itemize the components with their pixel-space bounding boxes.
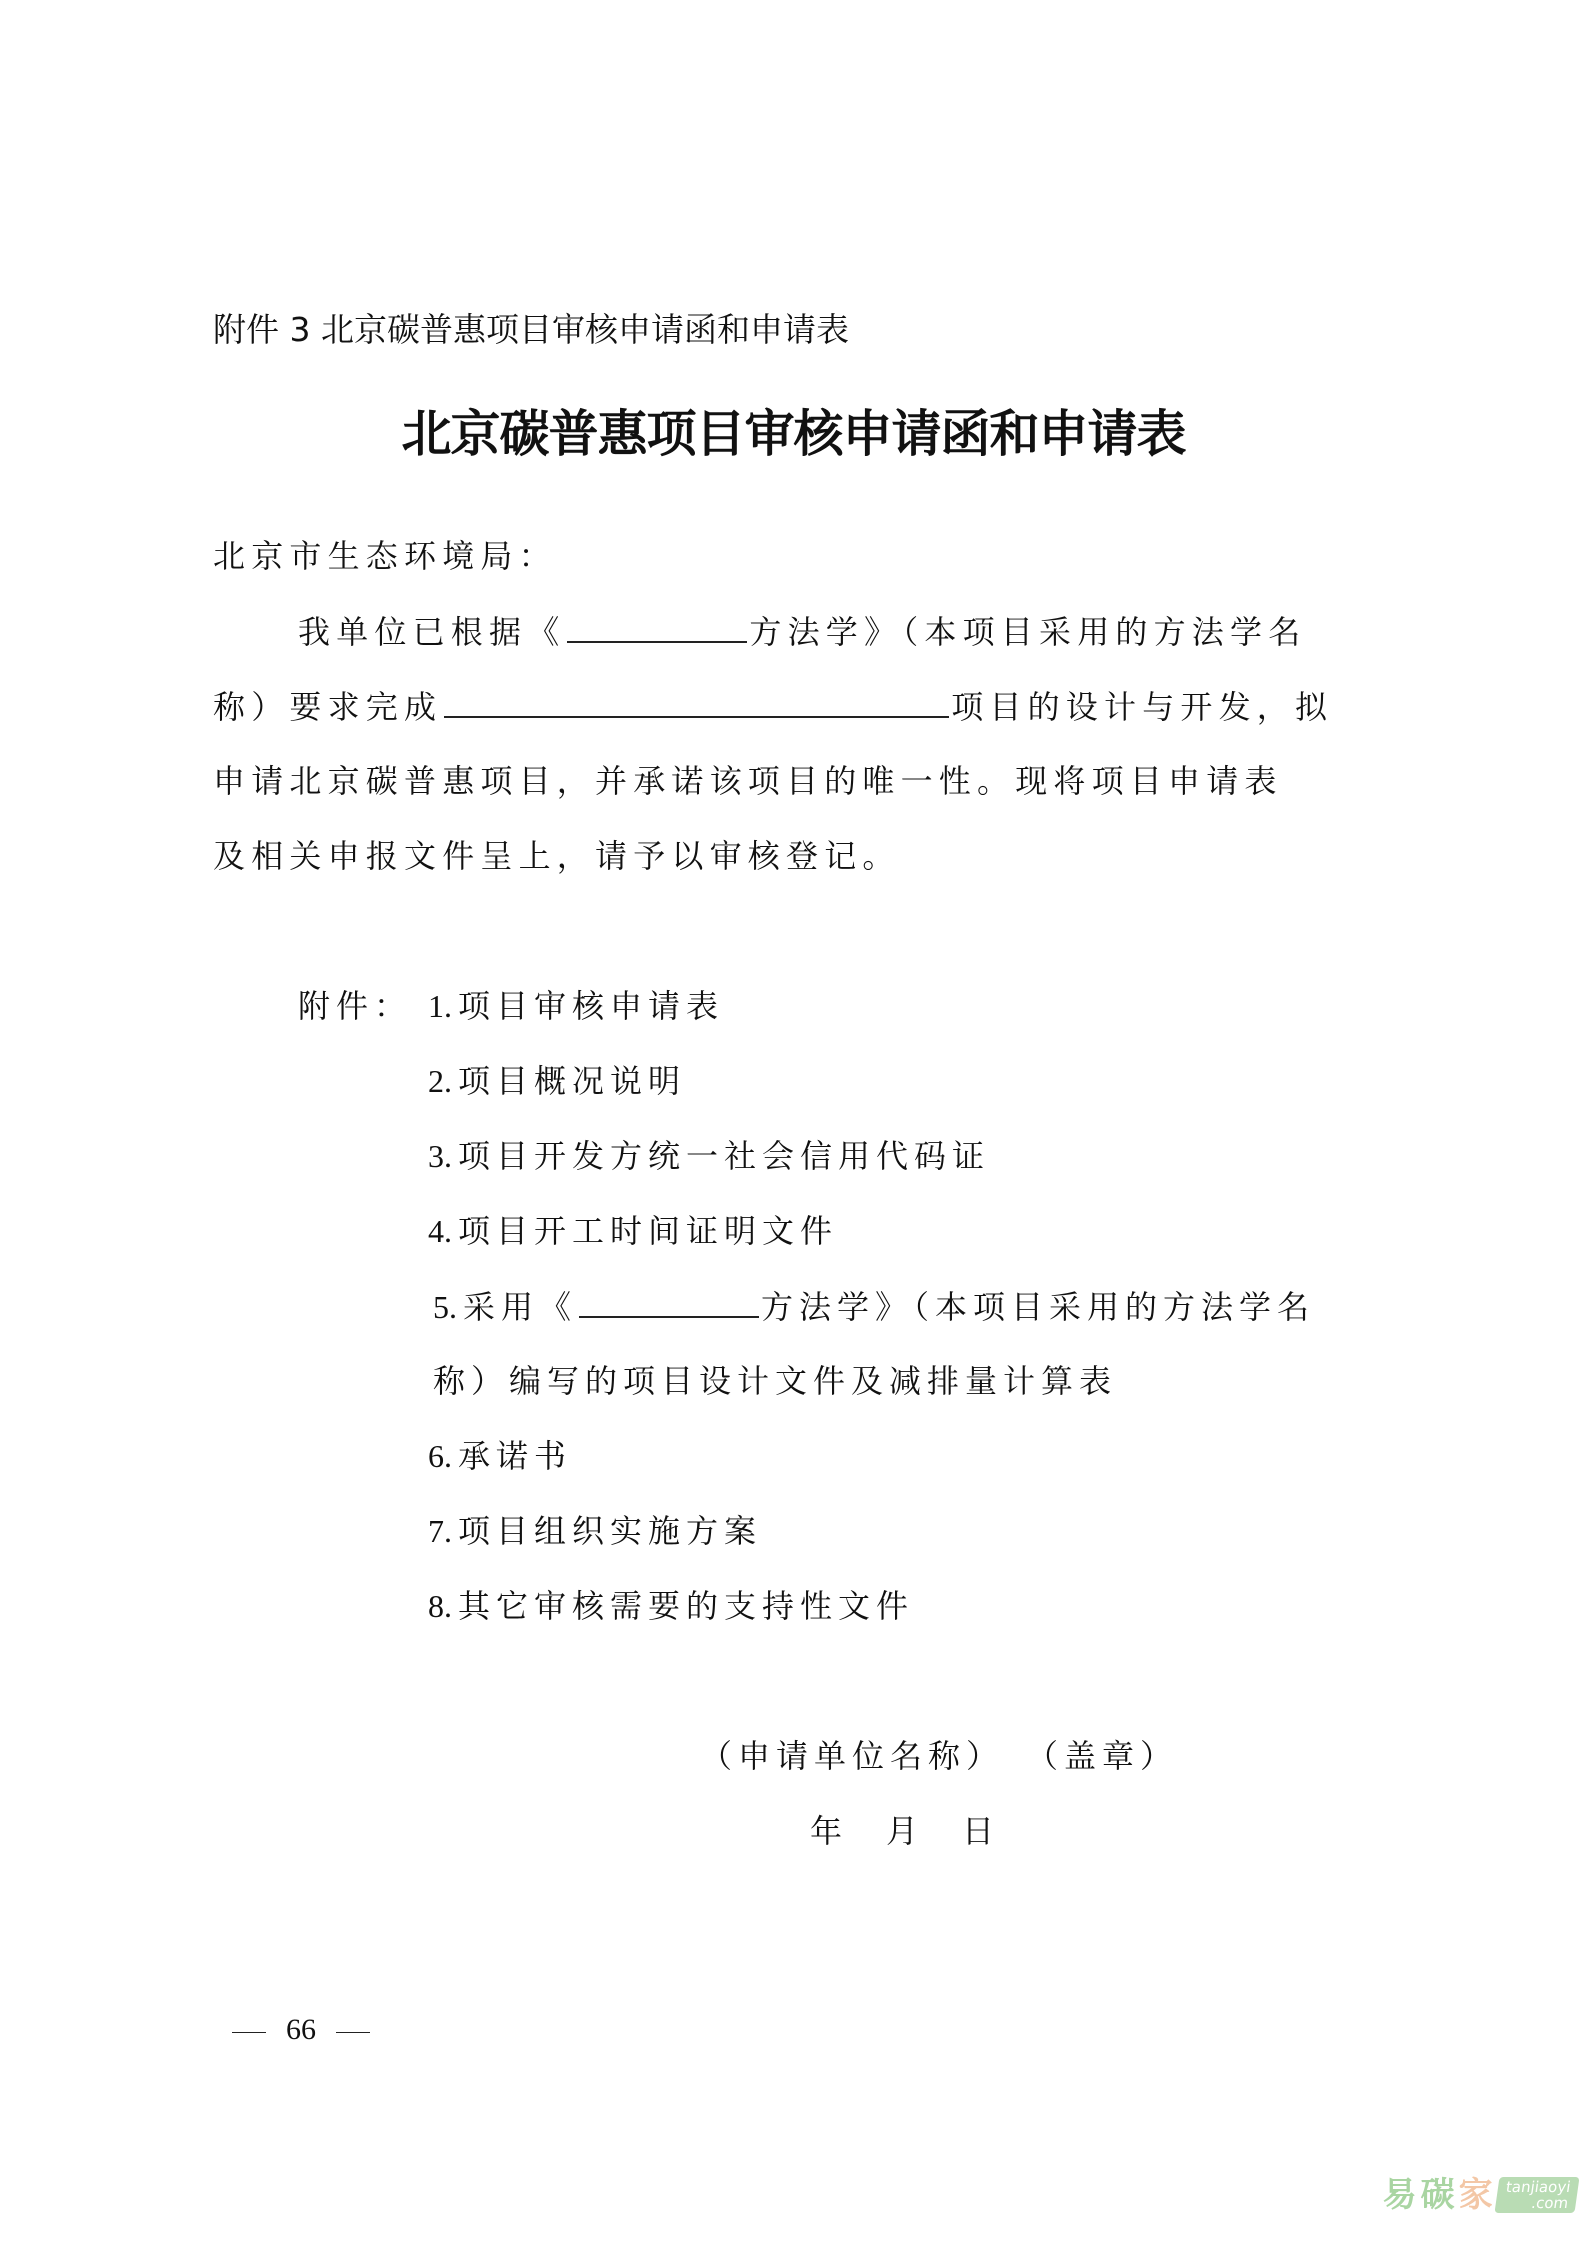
attachments-label: 附件： bbox=[298, 982, 412, 1030]
attachment-heading: 附件 3 北京碳普惠项目审核申请函和申请表 bbox=[213, 306, 849, 354]
body-line-2: 称）要求完成项目的设计与开发，拟 bbox=[213, 682, 1333, 731]
dash-right bbox=[336, 2032, 370, 2033]
dash-left bbox=[232, 2032, 266, 2033]
watermark-char-yi: 易 bbox=[1383, 2175, 1417, 2215]
body-line-2-before: 称）要求完成 bbox=[213, 688, 442, 726]
date-line: 年月日 bbox=[810, 1807, 1038, 1855]
methodology-name-blank[interactable] bbox=[567, 607, 747, 643]
signature-line: （申请单位名称）（盖章） bbox=[700, 1732, 1178, 1780]
body-line-1: 我单位已根据《方法学》（本项目采用的方法学名 bbox=[298, 607, 1306, 656]
watermark-char-jia: 家 bbox=[1459, 2175, 1493, 2215]
body-line-1-before: 我单位已根据《 bbox=[298, 613, 565, 651]
body-line-4: 及相关申报文件呈上，请予以审核登记。 bbox=[213, 832, 901, 880]
attachment-item-5: 5.采用《方法学》（本项目采用的方法学名 bbox=[433, 1282, 1315, 1331]
attachment-item-4: 4.项目开工时间证明文件 bbox=[428, 1207, 838, 1255]
watermark-domain-badge: tanjiaoyi .com bbox=[1494, 2177, 1579, 2213]
watermark-char-tan: 碳 bbox=[1421, 2175, 1455, 2215]
body-line-3: 申请北京碳普惠项目，并承诺该项目的唯一性。现将项目申请表 bbox=[213, 757, 1283, 805]
watermark-logo: 易 碳 家 tanjiaoyi .com bbox=[1383, 2175, 1577, 2215]
attachment-item-6: 6.承诺书 bbox=[428, 1432, 572, 1480]
project-name-blank[interactable] bbox=[444, 682, 949, 718]
attachment-item-1: 1.项目审核申请表 bbox=[428, 982, 724, 1030]
applicant-name-placeholder: （申请单位名称） bbox=[700, 1737, 1004, 1775]
attachment-item-7: 7.项目组织实施方案 bbox=[428, 1507, 762, 1555]
document-page: 附件 3 北京碳普惠项目审核申请函和申请表 北京碳普惠项目审核申请函和申请表 北… bbox=[0, 0, 1587, 2245]
seal-placeholder: （盖章） bbox=[1026, 1737, 1178, 1775]
salutation: 北京市生态环境局： bbox=[213, 532, 557, 580]
page-number: 66 bbox=[212, 2008, 390, 2052]
date-day: 日 bbox=[962, 1807, 994, 1855]
attachment-item-8: 8.其它审核需要的支持性文件 bbox=[428, 1582, 914, 1630]
date-year: 年 bbox=[810, 1807, 842, 1855]
body-line-2-after: 项目的设计与开发，拟 bbox=[951, 688, 1333, 726]
body-line-1-after: 方法学》（本项目采用的方法学名 bbox=[749, 613, 1306, 651]
attachment-item-3: 3.项目开发方统一社会信用代码证 bbox=[428, 1132, 990, 1180]
document-title: 北京碳普惠项目审核申请函和申请表 bbox=[0, 398, 1587, 470]
attachment-item-5-continuation: 称）编写的项目设计文件及减排量计算表 bbox=[433, 1357, 1117, 1405]
date-month: 月 bbox=[886, 1807, 918, 1855]
attachment-methodology-blank[interactable] bbox=[579, 1282, 759, 1318]
attachment-item-2: 2.项目概况说明 bbox=[428, 1057, 686, 1105]
